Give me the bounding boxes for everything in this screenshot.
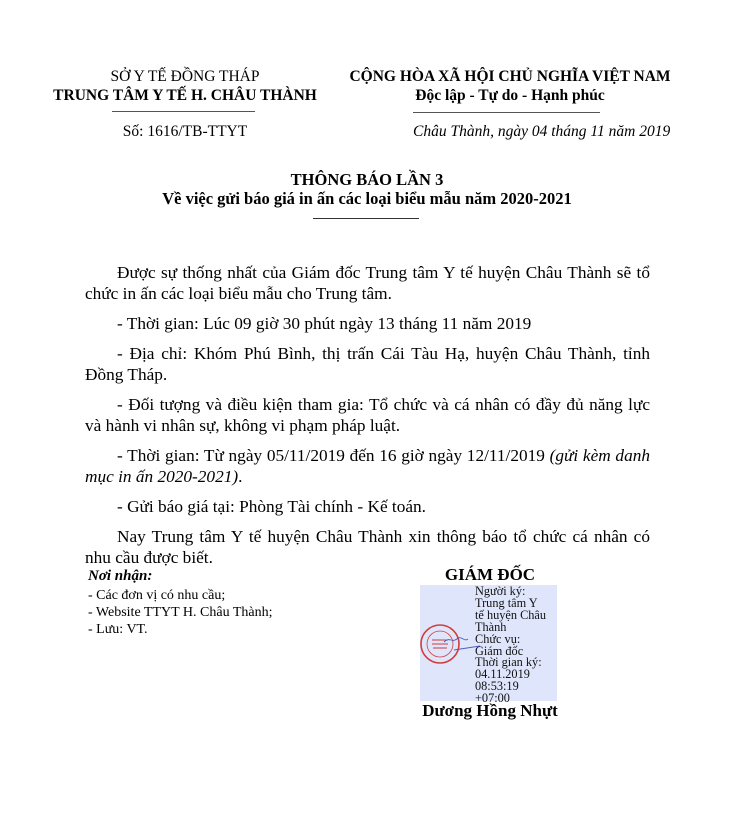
time-paragraph: - Thời gian: Lúc 09 giờ 30 phút ngày 13 … (85, 313, 650, 334)
recipient-item: - Các đơn vị có nhu cầu; (88, 587, 225, 604)
closing-paragraph: Nay Trung tâm Y tế huyện Châu Thành xin … (85, 526, 650, 568)
address-paragraph: - Địa chỉ: Khóm Phú Bình, thị trấn Cái T… (85, 343, 650, 385)
recipient-item: - Website TTYT H. Châu Thành; (88, 604, 272, 621)
recipients-label: Nơi nhận: (88, 567, 152, 585)
document-number: Số: 1616/TB-TTYT (60, 122, 310, 141)
title-rule (313, 218, 419, 219)
national-title: CỘNG HÒA XÃ HỘI CHỦ NGHĨA VIỆT NAM (330, 67, 690, 86)
national-motto: Độc lập - Tự do - Hạnh phúc (330, 86, 690, 105)
eligibility-paragraph: - Đối tượng và điều kiện tham gia: Tổ ch… (85, 394, 650, 436)
submit-paragraph: - Gửi báo giá tại: Phòng Tài chính - Kế … (85, 496, 650, 517)
agency-name: SỞ Y TẾ ĐỒNG THÁP (60, 67, 310, 86)
unit-name: TRUNG TÂM Y TẾ H. CHÂU THÀNH (45, 86, 325, 105)
signer-position: GIÁM ĐỐC (420, 565, 560, 585)
signature-details: Người ký: Trung tâm Y tế huyện Châu Thàn… (475, 586, 546, 705)
header-left-rule (112, 111, 255, 112)
document-title: THÔNG BÁO LẦN 3 (0, 170, 734, 190)
document-body: Được sự thống nhất của Giám đốc Trung tâ… (85, 262, 650, 577)
intro-paragraph: Được sự thống nhất của Giám đốc Trung tâ… (85, 262, 650, 304)
period-paragraph: - Thời gian: Từ ngày 05/11/2019 đến 16 g… (85, 445, 650, 487)
place-date: Châu Thành, ngày 04 tháng 11 năm 2019 (413, 122, 670, 141)
period-text: - Thời gian: Từ ngày 05/11/2019 đến 16 g… (117, 446, 550, 465)
document-subject: Về việc gửi báo giá in ấn các loại biểu … (0, 189, 734, 209)
signer-name: Dương Hồng Nhựt (410, 701, 570, 721)
period-suffix: . (238, 467, 242, 486)
recipient-item: - Lưu: VT. (88, 621, 148, 638)
header-right-rule (413, 112, 600, 113)
